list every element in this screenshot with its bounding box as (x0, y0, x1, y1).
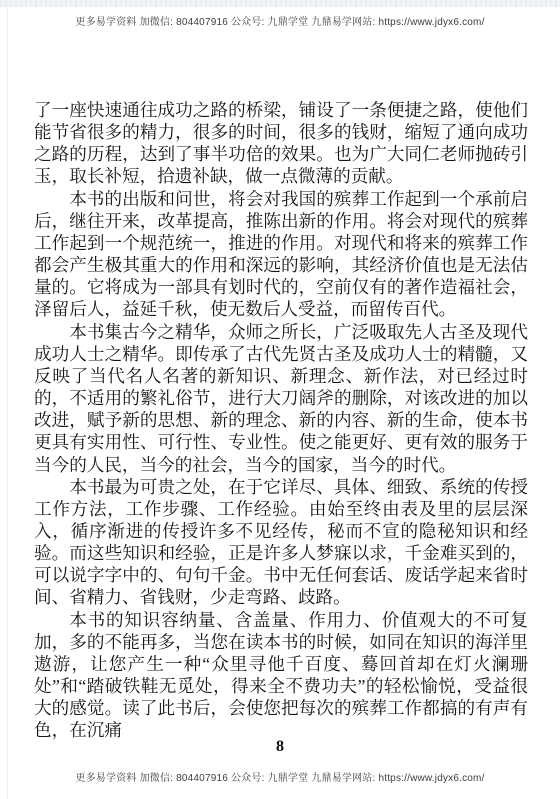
scan-edge-artifact-left (7, 7, 8, 799)
scan-edge-artifact-top (0, 0, 560, 7)
page-number: 8 (0, 738, 560, 756)
page-footer-watermark: 更多易学资料 加微信: 804407916 公众号: 九鼎学堂 九鼎易学网站: … (0, 769, 560, 784)
paragraph: 本书的出版和问世，将会对我国的殡葬工作起到一个承前启后，继往开来，改革提高，推陈… (34, 188, 528, 321)
paragraph: 本书的知识容纳量、含盖量、作用力、价值观大的不可复加，多的不能再多，当您在读本书… (34, 609, 528, 742)
page-header-watermark: 更多易学资料 加微信: 804407916 公众号: 九鼎学堂 九鼎易学网站: … (0, 13, 560, 28)
page-body: 了一座快速通往成功之路的桥梁，铺设了一条便捷之路，使他们能节省很多的精力，很多的… (34, 99, 528, 742)
paragraph: 本书集古今之精华，众师之所长，广泛吸取先人古圣及现代成功人士之精华。即传承了古代… (34, 321, 528, 476)
paragraph: 了一座快速通往成功之路的桥梁，铺设了一条便捷之路，使他们能节省很多的精力，很多的… (34, 99, 528, 188)
paragraph: 本书最为可贵之处，在于它详尽、具体、细致、系统的传授工作方法，工作步骤、工作经验… (34, 476, 528, 609)
